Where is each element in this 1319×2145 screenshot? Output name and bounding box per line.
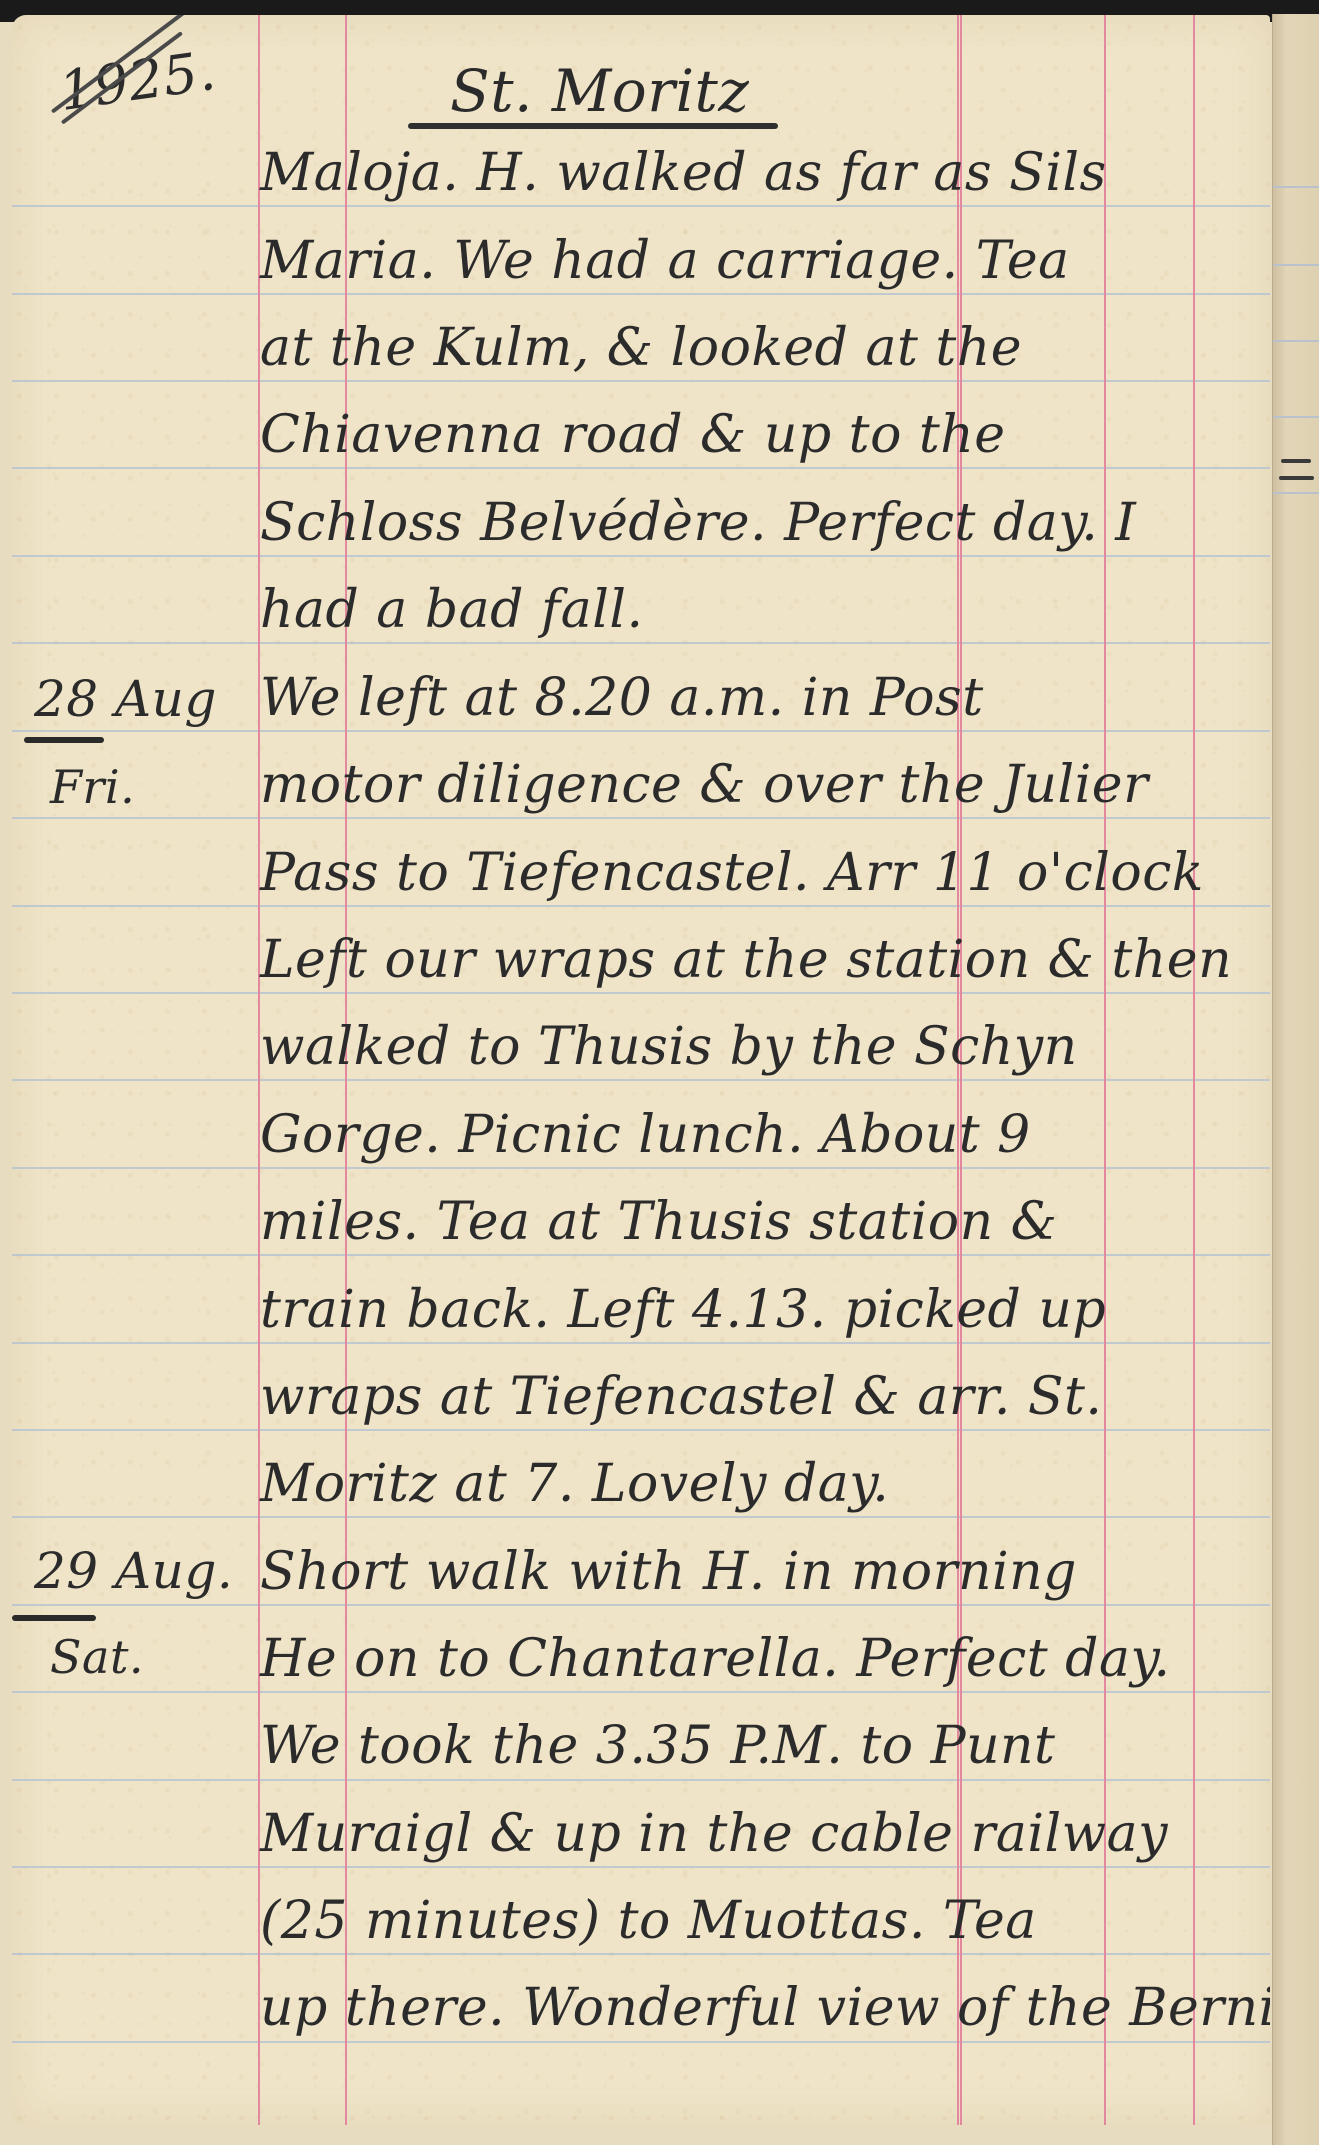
ruled-line	[12, 1779, 1270, 1781]
entry-line: wraps at Tiefencastel & arr. St.	[260, 1367, 1102, 1427]
ruled-line	[12, 1953, 1270, 1955]
entry-line: (25 minutes) to Muottas. Tea	[260, 1891, 1037, 1951]
ruled-line	[12, 293, 1270, 295]
ruled-line	[12, 555, 1270, 557]
entry-line: train back. Left 4.13. picked up	[260, 1280, 1106, 1340]
facing-page-edge	[1272, 14, 1319, 2145]
ruled-line	[12, 1254, 1270, 1256]
ruled-line	[12, 467, 1270, 469]
facing-page-rule	[1273, 264, 1319, 266]
entry-line: Muraigl & up in the cable railway	[260, 1804, 1168, 1864]
entry-line: Schloss Belvédère. Perfect day. I	[260, 493, 1136, 553]
ruled-line	[12, 1167, 1270, 1169]
entry-line: up there. Wonderful view of the Bernina	[260, 1978, 1270, 2038]
ruled-line	[12, 1691, 1270, 1693]
entry-date: 29 Aug.	[34, 1542, 233, 1600]
entry-line: had a bad fall.	[260, 580, 643, 640]
facing-page-rule	[1273, 186, 1319, 188]
entry-line: Pass to Tiefencastel. Arr 11 o'clock	[260, 843, 1204, 903]
entry-line: Maria. We had a carriage. Tea	[260, 231, 1070, 291]
facing-page-ink-mark	[1279, 476, 1314, 480]
ruled-line	[12, 1079, 1270, 1081]
facing-page-rule	[1273, 492, 1319, 494]
entry-line: Left our wraps at the station & then	[260, 930, 1232, 990]
ruled-line	[12, 205, 1270, 207]
ruled-line	[12, 380, 1270, 382]
entry-date: 28 Aug	[34, 670, 217, 728]
entry-line: walked to Thusis by the Schyn	[260, 1017, 1078, 1077]
ruled-line	[12, 730, 1270, 732]
ruled-line	[12, 1866, 1270, 1868]
entry-weekday: Sat.	[50, 1630, 144, 1684]
ruled-line	[12, 642, 1270, 644]
entry-line: at the Kulm, & looked at the	[260, 318, 1022, 378]
entry-line: Short walk with H. in morning	[260, 1542, 1077, 1602]
ruled-line	[12, 817, 1270, 819]
ruled-line	[12, 1342, 1270, 1344]
date-underline	[12, 1615, 96, 1621]
date-underline	[24, 737, 104, 743]
ruled-line	[12, 2041, 1270, 2043]
ruled-line	[12, 1429, 1270, 1431]
ruled-line	[12, 1604, 1270, 1606]
diary-page: 1925. St. Moritz Maloja. H. walked as fa…	[12, 15, 1270, 2125]
entry-line: He on to Chantarella. Perfect day.	[260, 1629, 1170, 1689]
entry-line: We took the 3.35 P.M. to Punt	[260, 1716, 1055, 1776]
column-line	[1193, 15, 1195, 2125]
ruled-line	[12, 992, 1270, 994]
entry-line: We left at 8.20 a.m. in Post	[260, 668, 984, 728]
page-title: St. Moritz	[450, 57, 749, 125]
ruled-line	[12, 905, 1270, 907]
entry-line: Gorge. Picnic lunch. About 9	[260, 1105, 1031, 1165]
entry-line: Moritz at 7. Lovely day.	[260, 1454, 889, 1514]
ruled-line	[12, 1516, 1270, 1518]
entry-line: Maloja. H. walked as far as Sils	[260, 143, 1107, 203]
entry-line: motor diligence & over the Julier	[260, 755, 1148, 815]
facing-page-ink-mark	[1281, 459, 1311, 463]
title-underline	[408, 123, 778, 129]
entry-line: miles. Tea at Thusis station &	[260, 1192, 1057, 1252]
facing-page-rule	[1273, 340, 1319, 342]
entry-line: Chiavenna road & up to the	[260, 405, 1006, 465]
facing-page-rule	[1273, 416, 1319, 418]
entry-weekday: Fri.	[50, 760, 135, 814]
